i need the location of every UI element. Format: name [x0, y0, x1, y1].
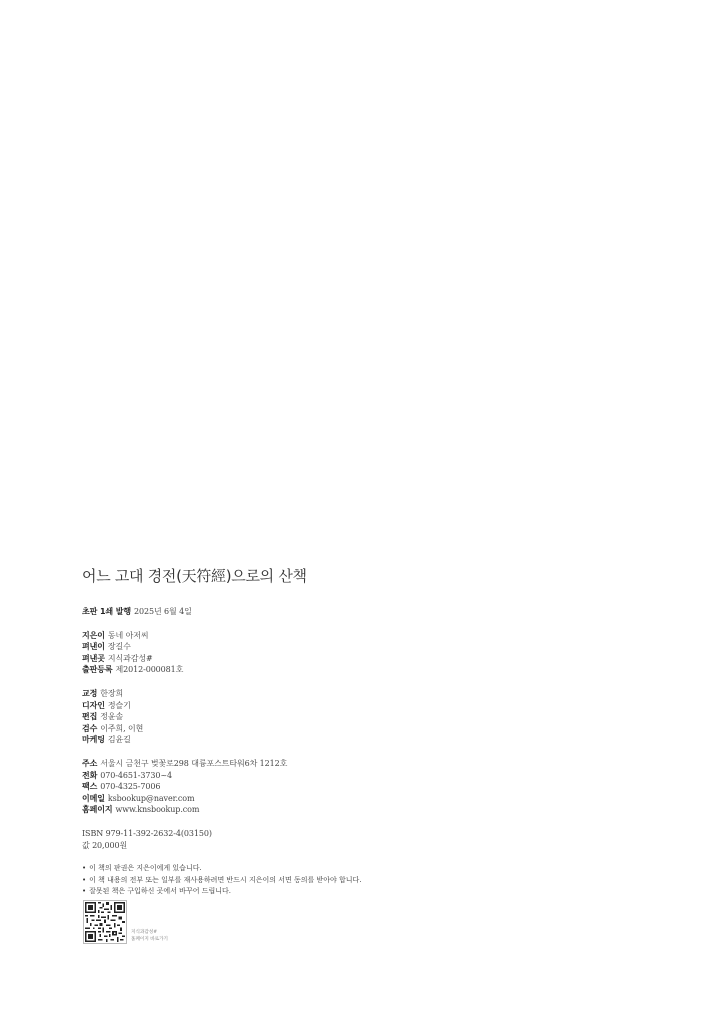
edition-line: 초판 1쇄 발행2025년 6월 4일 [82, 606, 502, 618]
book-title: 어느 고대 경전(天符經)으로의 산책 [82, 566, 502, 586]
credit-line-design: 디자인정슬기 [82, 700, 502, 712]
publishing-block: 지은이동네 아저씨 펴낸이장길수 펴낸곳지식과감성# 출판등록제2012-000… [82, 630, 502, 676]
publishing-line-author: 지은이동네 아저씨 [82, 630, 502, 642]
edition-label: 초판 1쇄 발행 [82, 607, 131, 616]
phone-label: 전화 [82, 771, 97, 780]
notice-item: •잘못된 책은 구입하신 곳에서 바꾸어 드립니다. [82, 886, 502, 898]
homepage-label: 홈페이지 [82, 805, 113, 814]
qr-code-icon[interactable] [83, 900, 127, 944]
credit-line-proofreading: 교정한장희 [82, 688, 502, 700]
credit-line-marketing: 마케팅김윤길 [82, 734, 502, 746]
notices: •이 책의 판권은 지은이에게 있습니다. •이 책 내용의 전부 또는 일부를… [82, 863, 502, 898]
email-link[interactable]: ksbookup@naver.com [108, 794, 195, 803]
edition-date: 2025년 6월 4일 [134, 607, 192, 616]
colophon: 어느 고대 경전(天符經)으로의 산책 초판 1쇄 발행2025년 6월 4일 … [82, 566, 502, 898]
contact-line-homepage: 홈페이지www.knsbookup.com [82, 804, 502, 816]
price: 값 20,000원 [82, 840, 502, 852]
editing-label: 편집 [82, 712, 97, 721]
publishing-line-publisher: 펴낸이장길수 [82, 641, 502, 653]
credit-line-editing: 편집정윤솔 [82, 711, 502, 723]
author-label: 지은이 [82, 631, 105, 640]
contact-block: 주소서울시 금천구 벚꽃로298 대륭포스트타워6차 1212호 전화070-4… [82, 758, 502, 816]
notice-text: 이 책 내용의 전부 또는 일부를 재사용하려면 반드시 지은이의 서면 동의를… [89, 876, 361, 884]
editing-value: 정윤솔 [100, 712, 123, 721]
bullet-icon: • [82, 876, 86, 884]
notice-text: 잘못된 책은 구입하신 곳에서 바꾸어 드립니다. [89, 887, 231, 895]
design-value: 정슬기 [108, 701, 131, 710]
notice-item: •이 책 내용의 전부 또는 일부를 재사용하려면 반드시 지은이의 서면 동의… [82, 875, 502, 887]
qr-caption-homepage[interactable]: 홈페이지 바로가기 [131, 937, 168, 944]
publishing-house-label: 펴낸곳 [82, 654, 105, 663]
isbn-number: ISBN 979-11-392-2632-4(03150) [82, 828, 502, 840]
notice-text: 이 책의 판권은 지은이에게 있습니다. [89, 864, 202, 872]
publishing-house-value: 지식과감성# [108, 654, 153, 663]
registration-value: 제2012-000081호 [116, 665, 184, 674]
design-label: 디자인 [82, 701, 105, 710]
address-label: 주소 [82, 759, 97, 768]
marketing-value: 김윤길 [108, 735, 131, 744]
contact-line-email: 이메일ksbookup@naver.com [82, 793, 502, 805]
publisher-value: 장길수 [108, 642, 131, 651]
contact-line-phone: 전화070-4651-3730~4 [82, 770, 502, 782]
publishing-line-house: 펴낸곳지식과감성# [82, 653, 502, 665]
edition-block: 초판 1쇄 발행2025년 6월 4일 [82, 606, 502, 618]
proofreading-label: 교정 [82, 689, 97, 698]
homepage-link[interactable]: www.knsbookup.com [116, 805, 200, 814]
proofreading-value: 한장희 [100, 689, 123, 698]
review-value: 이주희, 이현 [100, 724, 143, 733]
fax-label: 팩스 [82, 782, 97, 791]
isbn-block: ISBN 979-11-392-2632-4(03150) 값 20,000원 [82, 828, 502, 851]
address-value: 서울시 금천구 벚꽃로298 대륭포스트타워6차 1212호 [100, 759, 287, 768]
credit-line-review: 검수이주희, 이현 [82, 723, 502, 735]
bullet-icon: • [82, 887, 86, 895]
qr-caption: 지식과감성# 홈페이지 바로가기 [131, 930, 168, 944]
registration-label: 출판등록 [82, 665, 113, 674]
marketing-label: 마케팅 [82, 735, 105, 744]
notice-item: •이 책의 판권은 지은이에게 있습니다. [82, 863, 502, 875]
author-value: 동네 아저씨 [108, 631, 149, 640]
contact-line-fax: 팩스070-4325-7006 [82, 781, 502, 793]
publisher-label: 펴낸이 [82, 642, 105, 651]
publishing-line-registration: 출판등록제2012-000081호 [82, 664, 502, 676]
fax-value: 070-4325-7006 [100, 782, 160, 791]
contact-line-address: 주소서울시 금천구 벚꽃로298 대륭포스트타워6차 1212호 [82, 758, 502, 770]
qr-section: 지식과감성# 홈페이지 바로가기 [83, 900, 168, 944]
credits-block: 교정한장희 디자인정슬기 편집정윤솔 검수이주희, 이현 마케팅김윤길 [82, 688, 502, 746]
email-label: 이메일 [82, 794, 105, 803]
phone-value: 070-4651-3730~4 [100, 771, 172, 780]
review-label: 검수 [82, 724, 97, 733]
bullet-icon: • [82, 864, 86, 872]
